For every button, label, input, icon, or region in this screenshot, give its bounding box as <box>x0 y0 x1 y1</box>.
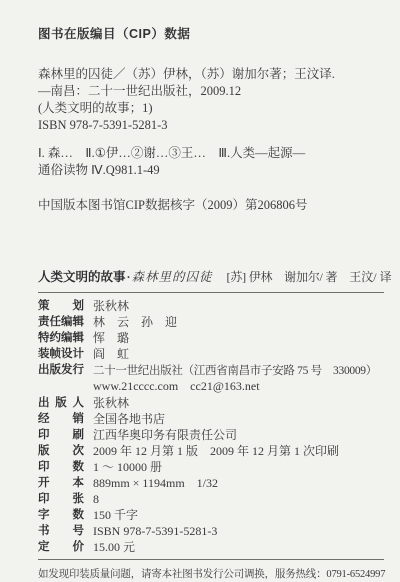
colophon-row-word-count: 字数150 千字 <box>38 507 384 523</box>
colophon-row-planner: 策划张秋林 <box>38 298 384 314</box>
translator-credit: 王汶/ 译 <box>349 270 391 284</box>
row-label: 定价 <box>38 539 84 555</box>
cip-record-number: 中国版本图书馆CIP数据核字（2009）第206806号 <box>38 195 384 213</box>
colophon-list: 策划张秋林 责任编辑林 云 孙 迎 特约编辑恽 璐 装帧设计阎 虹 出版发行二十… <box>38 298 384 556</box>
row-value: 15.00 元 <box>93 540 135 554</box>
colophon-row-publisher: 出版发行二十一世纪出版社（江西省南昌市子安路 75 号 330009） <box>38 362 384 378</box>
copyright-page: 图书在版编目（CIP）数据 森林里的囚徒／（苏）伊林，（苏）谢加尔著；王汶译. … <box>0 0 400 582</box>
authors-credit: [苏] 伊林 谢加尔/ 著 <box>227 270 338 284</box>
row-value: 恽 璐 <box>93 331 129 345</box>
book-title: 森林里的囚徒 <box>132 270 213 284</box>
row-label: 印刷 <box>38 427 84 443</box>
cip-imprint: —南昌：二十一世纪出版社，2009.12 <box>38 83 384 100</box>
colophon-row-design: 装帧设计阎 虹 <box>38 346 384 362</box>
colophon-row-sheets: 印张8 <box>38 491 384 507</box>
row-value: 张秋林 <box>93 299 129 313</box>
row-value: 1 ～ 10000 册 <box>93 460 162 474</box>
row-label: 版次 <box>38 443 84 459</box>
row-value: 二十一世纪出版社（江西省南昌市子安路 75 号 330009） <box>93 365 377 377</box>
row-label: 印数 <box>38 459 84 475</box>
colophon-row-special-editor: 特约编辑恽 璐 <box>38 330 384 346</box>
row-value: 全国各地书店 <box>93 412 165 426</box>
row-value: 江西华奥印务有限责任公司 <box>93 428 237 442</box>
title-separator-dot: · <box>127 270 131 284</box>
row-label: 印张 <box>38 491 84 507</box>
cip-classification-block: Ⅰ. 森… Ⅱ.①伊…②谢…③王… Ⅲ.人类—起源— 通俗读物 Ⅳ.Q981.1… <box>38 145 384 178</box>
colophon-row-isbn: 书号ISBN 978-7-5391-5281-3 <box>38 523 384 539</box>
row-label: 经销 <box>38 411 84 427</box>
colophon-row-edition: 版次2009 年 12 月第 1 版 2009 年 12 月第 1 次印刷 <box>38 443 384 459</box>
footer-divider <box>38 559 384 560</box>
title-row: 人类文明的故事·森林里的囚徒[苏] 伊林 谢加尔/ 著王汶/ 译 <box>38 267 384 293</box>
row-label: 出版发行 <box>38 362 84 378</box>
cip-series-note: (人类文明的故事；1) <box>38 100 384 117</box>
row-value: 林 云 孙 迎 <box>93 315 177 329</box>
colophon-row-distribution: 经销全国各地书店 <box>38 411 384 427</box>
row-value: 150 千字 <box>93 508 138 522</box>
row-label: 字数 <box>38 507 84 523</box>
row-label: 装帧设计 <box>38 346 84 362</box>
row-label: 特约编辑 <box>38 330 84 346</box>
row-label: 开本 <box>38 475 84 491</box>
series-title: 人类文明的故事 <box>38 270 126 284</box>
row-value: 阎 虹 <box>93 347 129 361</box>
colophon-row-printing: 印刷江西华奥印务有限责任公司 <box>38 427 384 443</box>
colophon-row-responsible-editor: 责任编辑林 云 孙 迎 <box>38 314 384 330</box>
row-value: 2009 年 12 月第 1 版 2009 年 12 月第 1 次印刷 <box>93 444 339 458</box>
cip-header: 图书在版编目（CIP）数据 <box>38 24 384 42</box>
colophon-row-price: 定价15.00 元 <box>38 539 384 555</box>
colophon-row-print-run: 印数1 ～ 10000 册 <box>38 459 384 475</box>
cip-title-statement: 森林里的囚徒／（苏）伊林，（苏）谢加尔著；王汶译. <box>38 66 384 83</box>
cip-classification-line: Ⅰ. 森… Ⅱ.①伊…②谢…③王… Ⅲ.人类—起源— <box>38 145 384 162</box>
row-label: 书号 <box>38 523 84 539</box>
row-label: 出版人 <box>38 395 84 411</box>
row-label: 策划 <box>38 298 84 314</box>
row-value: ISBN 978-7-5391-5281-3 <box>93 524 217 538</box>
colophon-row-publisher-person: 出版人张秋林 <box>38 395 384 411</box>
quality-notice: 如发现印装质量问题，请寄本社图书发行公司调换，服务热线：0791-6524997 <box>38 566 384 581</box>
row-value: www.21cccc.com cc21@163.net <box>93 379 260 393</box>
colophon-row-website: www.21cccc.com cc21@163.net <box>38 378 384 394</box>
row-value: 张秋林 <box>93 396 129 410</box>
cip-description-block: 森林里的囚徒／（苏）伊林，（苏）谢加尔著；王汶译. —南昌：二十一世纪出版社，2… <box>38 66 384 134</box>
row-label: 责任编辑 <box>38 314 84 330</box>
row-value: 889mm × 1194mm 1/32 <box>93 476 218 490</box>
cip-isbn: ISBN 978-7-5391-5281-3 <box>38 117 384 134</box>
colophon-row-format: 开本889mm × 1194mm 1/32 <box>38 475 384 491</box>
row-value: 8 <box>93 492 99 506</box>
cip-classification-line: 通俗读物 Ⅳ.Q981.1-49 <box>38 162 384 179</box>
